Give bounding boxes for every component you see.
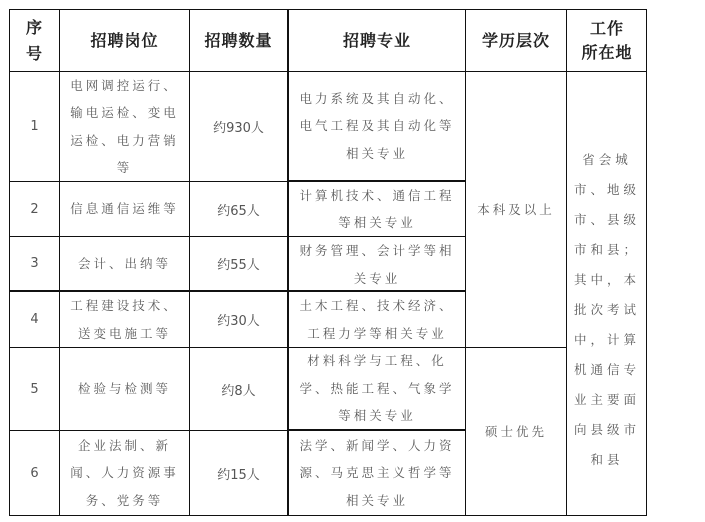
location-line: 机通信专 bbox=[574, 355, 640, 385]
location-line: 市、县级 bbox=[574, 205, 640, 235]
header-position-label: 招聘岗位 bbox=[90, 28, 158, 54]
header-location-line-2: 所在地 bbox=[581, 41, 632, 65]
row-2-position-line: 信息通信运维等 bbox=[70, 195, 179, 223]
row-3-index: 3 bbox=[10, 237, 60, 292]
header-education: 学历层次 bbox=[466, 10, 567, 72]
row-1-major-line: 电力系统及其自动化、 bbox=[299, 85, 454, 113]
row-3-major-line: 财务管理、会计学等相 bbox=[299, 237, 454, 265]
row-6-major: 法学、新闻学、人力资 源、马克思主义哲学等 相关专业 bbox=[289, 431, 466, 515]
location-line: 省会城 bbox=[582, 145, 632, 175]
row-6-position-line: 闻、人力资源事 bbox=[70, 459, 179, 487]
row-1-major: 电力系统及其自动化、 电气工程及其自动化等 相关专业 bbox=[289, 72, 466, 182]
row-4-position-line: 送变电施工等 bbox=[78, 320, 171, 348]
row-6-position: 企业法制、新 闻、人力资源事 务、党务等 bbox=[60, 431, 190, 515]
row-1-position-line: 运检、电力营销 bbox=[70, 127, 179, 155]
education-bachelor-and-above: 本科及以上 bbox=[466, 72, 567, 348]
work-location: 省会城 市、地级 市、县级 市和县； 其中，本 批次考试 中，计算 机通信专 业… bbox=[567, 72, 647, 515]
row-6-quantity: 约15人 bbox=[190, 431, 289, 515]
row-3-quantity-value: 约55人 bbox=[217, 254, 260, 273]
row-2-major-line: 等相关专业 bbox=[338, 209, 416, 237]
row-5-position-line: 检验与检测等 bbox=[78, 375, 171, 403]
row-5-quantity: 约8人 bbox=[190, 348, 289, 431]
row-6-major-line: 源、马克思主义哲学等 bbox=[299, 459, 454, 487]
header-index-line-2: 号 bbox=[26, 41, 43, 67]
location-line: 向县级市 bbox=[574, 415, 640, 445]
header-education-label: 学历层次 bbox=[482, 28, 550, 54]
header-location-line-1: 工作 bbox=[590, 17, 624, 41]
header-major: 招聘专业 bbox=[289, 10, 466, 72]
row-2-major-line: 计算机技术、通信工程 bbox=[299, 182, 454, 210]
header-index: 序 号 bbox=[10, 10, 60, 72]
row-1-position-line: 输电运检、变电 bbox=[70, 99, 179, 127]
row-5-quantity-value: 约8人 bbox=[221, 380, 255, 399]
row-6-index-value: 6 bbox=[30, 466, 38, 481]
row-1-position: 电网调控运行、 输电运检、变电 运检、电力营销 等 bbox=[60, 72, 190, 182]
row-3-index-value: 3 bbox=[30, 256, 38, 271]
header-major-label: 招聘专业 bbox=[343, 28, 411, 54]
location-line: 和县 bbox=[590, 445, 623, 475]
row-5-major-line: 材料科学与工程、化 bbox=[307, 347, 447, 375]
recruitment-table: 序 号 招聘岗位 招聘数量 招聘专业 学历层次 工作 所在地 1 电网调控运行、… bbox=[9, 9, 647, 516]
row-6-quantity-value: 约15人 bbox=[217, 464, 260, 483]
row-1-major-line: 电气工程及其自动化等 bbox=[299, 112, 454, 140]
header-position: 招聘岗位 bbox=[60, 10, 190, 72]
row-4-index: 4 bbox=[10, 292, 60, 348]
row-2-index-value: 2 bbox=[30, 202, 38, 217]
row-3-major-line: 关专业 bbox=[354, 265, 401, 293]
row-1-index: 1 bbox=[10, 72, 60, 182]
row-5-major-line: 学、热能工程、气象学 bbox=[299, 375, 454, 403]
row-4-position: 工程建设技术、 送变电施工等 bbox=[60, 292, 190, 348]
row-5-position: 检验与检测等 bbox=[60, 348, 190, 431]
row-3-position-line: 会计、出纳等 bbox=[78, 250, 171, 278]
education-bachelor-label: 本科及以上 bbox=[477, 196, 555, 224]
row-1-position-line: 电网调控运行、 bbox=[70, 72, 179, 100]
row-5-major-line: 等相关专业 bbox=[338, 402, 416, 430]
row-4-major-line: 土木工程、技术经济、 bbox=[299, 292, 454, 320]
education-master-label: 硕士优先 bbox=[485, 418, 547, 446]
row-1-major-line: 相关专业 bbox=[346, 140, 408, 168]
header-index-line-1: 序 bbox=[26, 15, 43, 41]
row-3-position: 会计、出纳等 bbox=[60, 237, 190, 292]
row-4-major: 土木工程、技术经济、 工程力学等相关专业 bbox=[289, 292, 466, 348]
row-6-position-line: 企业法制、新 bbox=[78, 432, 171, 460]
row-3-quantity: 约55人 bbox=[190, 237, 289, 292]
row-1-position-line: 等 bbox=[117, 154, 133, 182]
location-line: 批次考试 bbox=[574, 295, 640, 325]
row-2-index: 2 bbox=[10, 182, 60, 237]
row-1-quantity-value: 约930人 bbox=[213, 117, 264, 136]
location-line: 市、地级 bbox=[574, 175, 640, 205]
row-5-index-value: 5 bbox=[30, 382, 38, 397]
row-3-major: 财务管理、会计学等相 关专业 bbox=[289, 237, 466, 292]
row-1-quantity: 约930人 bbox=[190, 72, 289, 182]
row-2-major: 计算机技术、通信工程 等相关专业 bbox=[289, 182, 466, 237]
row-4-index-value: 4 bbox=[30, 312, 38, 327]
row-6-index: 6 bbox=[10, 431, 60, 515]
row-4-major-line: 工程力学等相关专业 bbox=[307, 320, 447, 348]
header-quantity: 招聘数量 bbox=[190, 10, 289, 72]
row-2-quantity: 约65人 bbox=[190, 182, 289, 237]
location-line: 业主要面 bbox=[574, 385, 640, 415]
row-5-major: 材料科学与工程、化 学、热能工程、气象学 等相关专业 bbox=[289, 348, 466, 431]
location-line: 其中，本 bbox=[574, 265, 640, 295]
row-2-position: 信息通信运维等 bbox=[60, 182, 190, 237]
row-4-quantity: 约30人 bbox=[190, 292, 289, 348]
location-line: 市和县； bbox=[574, 235, 640, 265]
row-4-quantity-value: 约30人 bbox=[217, 310, 260, 329]
row-1-index-value: 1 bbox=[30, 119, 38, 134]
row-6-position-line: 务、党务等 bbox=[86, 487, 164, 515]
row-4-position-line: 工程建设技术、 bbox=[70, 292, 179, 320]
row-6-major-line: 法学、新闻学、人力资 bbox=[299, 432, 454, 460]
education-master-preferred: 硕士优先 bbox=[466, 348, 567, 515]
row-2-quantity-value: 约65人 bbox=[217, 200, 260, 219]
row-6-major-line: 相关专业 bbox=[346, 487, 408, 515]
header-quantity-label: 招聘数量 bbox=[204, 28, 272, 54]
header-location: 工作 所在地 bbox=[567, 10, 647, 72]
row-5-index: 5 bbox=[10, 348, 60, 431]
location-line: 中，计算 bbox=[574, 325, 640, 355]
